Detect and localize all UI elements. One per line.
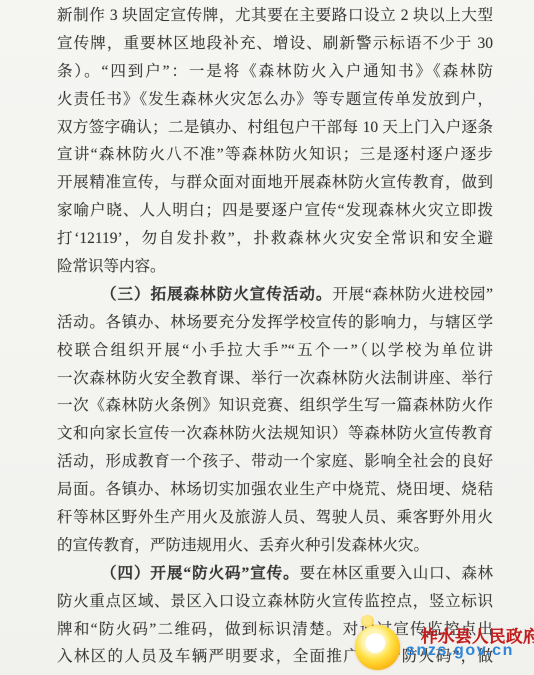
body-text: 的宣传教育，严防违规用火、丢弃火种引发森林火灾。 — [57, 537, 429, 554]
text-line: 秆等林区野外生产用火及旅游人员、驾驶人员、乘客野外用火 — [57, 504, 493, 532]
body-text: 活动。各镇办、林场要充分发挥学校宣传的影响力，与辖区学 — [57, 314, 493, 331]
body-text: 新制作 3 块固定宣传牌，尤其要在主要路口设立 2 块以上大型 — [57, 7, 493, 24]
text-line: 一次森林防火安全教育课、举行一次森林防火法制讲座、举行 — [57, 365, 493, 393]
text-line: 新制作 3 块固定宣传牌，尤其要在主要路口设立 2 块以上大型 — [57, 2, 493, 30]
text-line: 活动，形成教育一个孩子、带动一个家庭、影响全社会的良好 — [57, 448, 493, 476]
document-page: 新制作 3 块固定宣传牌，尤其要在主要路口设立 2 块以上大型宣传牌，重要林区地… — [0, 0, 534, 675]
body-text: 文和向家长宣传一次森林防火法规知识）等森林防火宣传教育 — [57, 425, 493, 442]
text-line: 双方签字确认；二是镇办、村组包户干部每 10 天上门入户逐条 — [57, 114, 493, 142]
text-line: （三）拓展森林防火宣传活动。开展“森林防火进校园” — [57, 281, 493, 309]
body-text: 宣传牌，重要林区地段补充、增设、刷新警示标语不少于 30 — [57, 35, 493, 52]
body-text: 一次森林防火安全教育课、举行一次森林防火法制讲座、举行 — [57, 370, 493, 387]
body-text: 秆等林区野外生产用火及旅游人员、驾驶人员、乘客野外用火 — [57, 509, 493, 526]
body-text: 宣讲“森林防火八不准”等森林防火知识；三是逐村逐户逐步 — [57, 146, 493, 163]
body-text: 入林区的人员及车辆严明要求，全面推广使用“防火码”，做 — [57, 648, 493, 665]
body-text: 局面。各镇办、林场切实加强农业生产中烧荒、烧田埂、烧秸 — [57, 481, 493, 498]
body-text: 打‘12119’，勿自发扑救”，扑救森林火灾安全常识和安全避 — [57, 230, 493, 247]
text-line: （四）开展“防火码”宣传。要在林区重要入山口、森林 — [57, 560, 493, 588]
section-heading-text: （四）开展“防火码”宣传。 — [101, 565, 300, 582]
section-heading-text: （三）拓展森林防火宣传活动。 — [101, 286, 332, 303]
body-text: 牌和“防火码”二维码，做到标识清楚。对通过宣传监控点出 — [57, 621, 493, 638]
body-text: 双方签字确认；二是镇办、村组包户干部每 10 天上门入户逐条 — [57, 119, 493, 136]
document-text: 新制作 3 块固定宣传牌，尤其要在主要路口设立 2 块以上大型宣传牌，重要林区地… — [57, 2, 493, 671]
text-line: 打‘12119’，勿自发扑救”，扑救森林火灾安全常识和安全避 — [57, 225, 493, 253]
text-line: 文和向家长宣传一次森林防火法规知识）等森林防火宣传教育 — [57, 420, 493, 448]
body-text: 开展精准宣传，与群众面对面地开展森林防火宣传教育，做到 — [57, 174, 493, 191]
text-line: 开展精准宣传，与群众面对面地开展森林防火宣传教育，做到 — [57, 169, 493, 197]
text-line: 牌和“防火码”二维码，做到标识清楚。对通过宣传监控点出 — [57, 616, 493, 644]
text-line: 险常识等内容。 — [57, 253, 493, 281]
text-line: 条）。“四到户”：一是将《森林防火入户通知书》《森林防 — [57, 58, 493, 86]
text-line: 宣传牌，重要林区地段补充、增设、刷新警示标语不少于 30 — [57, 30, 493, 58]
text-line: 家喻户晓、人人明白；四是要逐户宣传“发现森林火灾立即拨 — [57, 197, 493, 225]
body-text: 一次《森林防火条例》知识竞赛、组织学生写一篇森林防火作 — [57, 397, 493, 414]
text-line: 活动。各镇办、林场要充分发挥学校宣传的影响力，与辖区学 — [57, 309, 493, 337]
body-text: 校联合组织开展“小手拉大手”“五个一”（以学校为单位讲 — [57, 342, 493, 359]
body-text: 家喻户晓、人人明白；四是要逐户宣传“发现森林火灾立即拨 — [57, 202, 493, 219]
text-line: 一次《森林防火条例》知识竞赛、组织学生写一篇森林防火作 — [57, 392, 493, 420]
body-text: 火责任书》《发生森林火灾怎么办》等专题宣传单发放到户， — [57, 91, 493, 108]
text-line: 局面。各镇办、林场切实加强农业生产中烧荒、烧田埂、烧秸 — [57, 476, 493, 504]
text-line: 火责任书》《发生森林火灾怎么办》等专题宣传单发放到户， — [57, 86, 493, 114]
body-text: 条）。“四到户”：一是将《森林防火入户通知书》《森林防 — [57, 63, 493, 80]
text-line: 防火重点区域、景区入口设立森林防火宣传监控点，竖立标识 — [57, 588, 493, 616]
text-line: 宣讲“森林防火八不准”等森林防火知识；三是逐村逐户逐步 — [57, 141, 493, 169]
text-line: 入林区的人员及车辆严明要求，全面推广使用“防火码”，做 — [57, 643, 493, 671]
body-text: 要在林区重要入山口、森林 — [300, 565, 493, 582]
text-line: 校联合组织开展“小手拉大手”“五个一”（以学校为单位讲 — [57, 337, 493, 365]
body-text: 防火重点区域、景区入口设立森林防火宣传监控点，竖立标识 — [57, 593, 493, 610]
body-text: 开展“森林防火进校园” — [332, 286, 493, 303]
body-text: 活动，形成教育一个孩子、带动一个家庭、影响全社会的良好 — [57, 453, 493, 470]
text-line: 的宣传教育，严防违规用火、丢弃火种引发森林火灾。 — [57, 532, 493, 560]
body-text: 险常识等内容。 — [57, 258, 166, 275]
